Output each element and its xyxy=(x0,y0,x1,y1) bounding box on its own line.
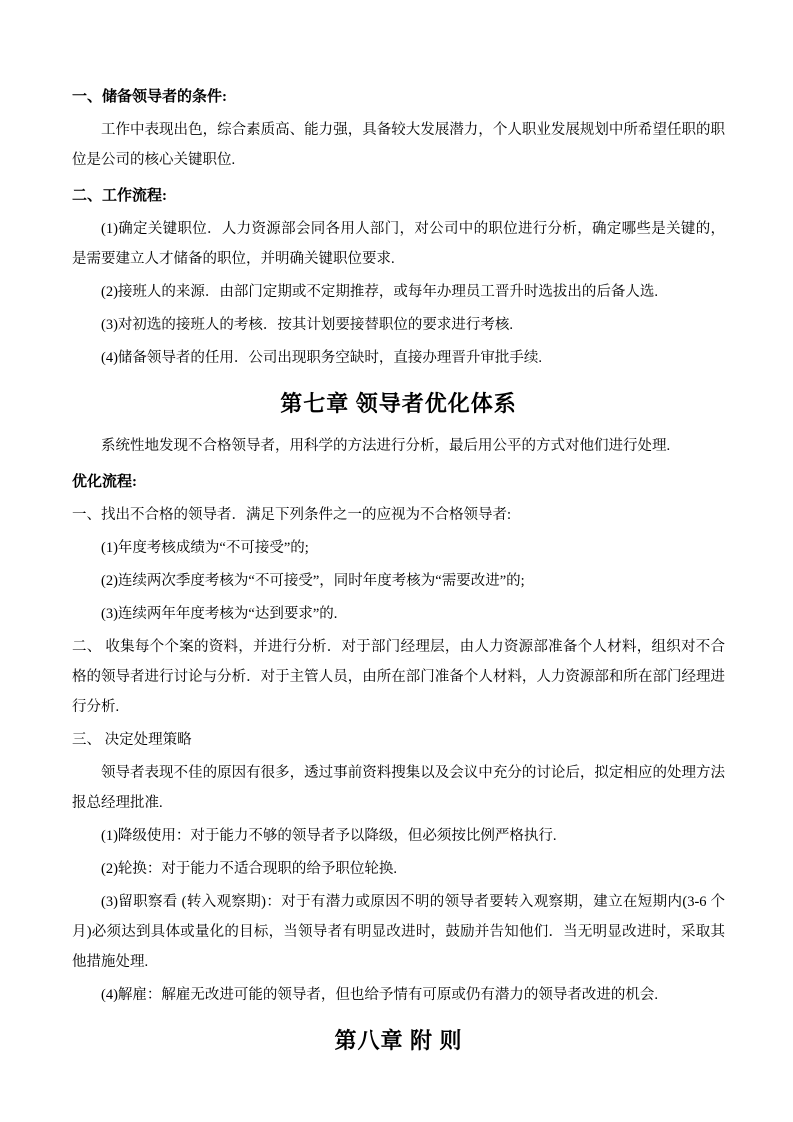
section-1-heading: 一、储备领导者的条件: xyxy=(72,82,725,112)
handling-option-4-dismissal: (4)解雇：解雇无改进可能的领导者，但也给予情有可原或仍有潜力的领导者改进的机会… xyxy=(72,980,725,1010)
optimization-process-heading: 优化流程: xyxy=(72,467,725,497)
workflow-item-3: (3)对初选的接班人的考核．按其计划要接替职位的要求进行考核. xyxy=(72,310,725,340)
unqualified-criterion-1: (1)年度考核成绩为“不可接受”的; xyxy=(72,533,725,563)
optimization-step-1-lead: 一、找出不合格的领导者．满足下列条件之一的应视为不合格领导者: xyxy=(72,500,725,530)
workflow-item-1: (1)确定关键职位．人力资源部会同各用人部门，对公司中的职位进行分析，确定哪些是… xyxy=(72,214,725,274)
handling-option-1-demotion: (1)降级使用：对于能力不够的领导者予以降级，但必须按比例严格执行. xyxy=(72,821,725,851)
handling-option-2-rotation: (2)轮换：对于能力不适合现职的给予职位轮换. xyxy=(72,854,725,884)
workflow-item-2: (2)接班人的来源．由部门定期或不定期推荐，或每年办理员工晋升时选拔出的后备人选… xyxy=(72,277,725,307)
workflow-item-4: (4)储备领导者的任用．公司出现职务空缺时，直接办理晋升审批手续. xyxy=(72,343,725,373)
optimization-step-2-lead: 二、 收集每个个案的资料，并进行分析．对于部门经理层，由人力资源部准备个人材料，… xyxy=(72,632,725,722)
optimization-step-3-lead: 三、 决定处理策略 xyxy=(72,725,725,755)
unqualified-criterion-2: (2)连续两次季度考核为“不可接受”，同时年度考核为“需要改进”的; xyxy=(72,566,725,596)
handling-option-3-probation: (3)留职察看 (转入观察期)：对于有潜力或原因不明的领导者要转入观察期，建立在… xyxy=(72,887,725,977)
chapter-8-title: 第八章 附 则 xyxy=(72,1023,725,1059)
chapter-7-title: 第七章 领导者优化体系 xyxy=(72,386,725,422)
handling-strategy-intro: 领导者表现不佳的原因有很多，透过事前资料搜集以及会议中充分的讨论后，拟定相应的处… xyxy=(72,758,725,818)
chapter-7-intro: 系统性地发现不合格领导者，用科学的方法进行分析，最后用公平的方式对他们进行处理. xyxy=(72,431,725,461)
section-1-paragraph: 工作中表现出色，综合素质高、能力强，具备较大发展潜力，个人职业发展规划中所希望任… xyxy=(72,115,725,175)
section-2-heading: 二、工作流程: xyxy=(72,181,725,211)
unqualified-criterion-3: (3)连续两年年度考核为“达到要求”的. xyxy=(72,599,725,629)
document-page: 一、储备领导者的条件: 工作中表现出色，综合素质高、能力强，具备较大发展潜力，个… xyxy=(0,0,793,1122)
